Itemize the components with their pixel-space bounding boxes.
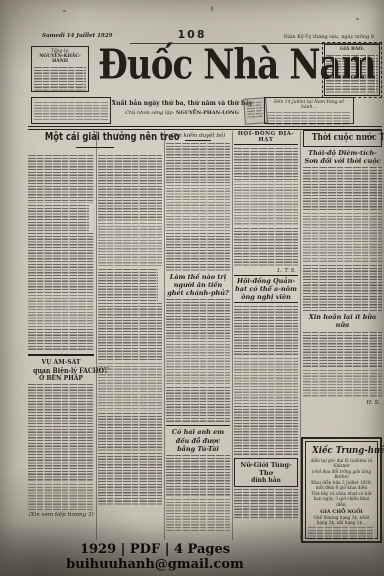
watermark-line-1: 1929 | PDF | 4 Pages bbox=[52, 542, 258, 557]
illegible-text-lines bbox=[28, 426, 94, 482]
illegible-text-lines bbox=[98, 303, 162, 361]
illegible-text-lines bbox=[267, 112, 351, 125]
column-4-section-header: HỘI-ĐỒNG ĐỊA-HẠT bbox=[234, 131, 298, 145]
illegible-text-lines bbox=[234, 184, 298, 226]
column-separator bbox=[164, 131, 165, 540]
continuation-note: (Xin xem tiếp trương 3) bbox=[28, 512, 94, 518]
article-2-subtitle: Thái-độ Diêm-tích-Sơn đối với thời cuộc bbox=[303, 149, 382, 165]
circus-ad-title: Xiềc Trung-huê bbox=[308, 445, 375, 456]
illegible-text-lines bbox=[98, 155, 162, 221]
publish-info: Xuất bản ngày thứ ba, thứ năm và thứ bảy… bbox=[104, 100, 260, 116]
illegible-text-lines bbox=[28, 233, 94, 293]
signature-hs: H. S. bbox=[305, 400, 380, 406]
subhead-box: Hội-đồng Quản-hạt có thể a-nôm ông nghị … bbox=[234, 275, 298, 303]
publish-line: Xuất bản ngày thứ ba, thứ năm và thứ bảy bbox=[104, 100, 260, 107]
nu-gioi-box: Nữ-Giới Tùng-Thơ đính bản bbox=[234, 458, 298, 487]
circus-ad-lines: diễn tại góc đại lộ Galliéni và Khizner … bbox=[308, 458, 375, 507]
scan-speck bbox=[63, 10, 66, 12]
illegible-text-lines bbox=[166, 299, 230, 339]
illegible-text-lines bbox=[98, 269, 158, 301]
founder-box: Tổng-lý: NGUYỄN-KHẮC-HANH bbox=[31, 46, 89, 92]
illegible-text-lines bbox=[98, 363, 162, 411]
subhead-tri-nguoi: Làm thế nào trị người ăn tiền ghét chánh… bbox=[166, 273, 230, 297]
announcement-box: Đến 14 Juillet tại Nam-Vang sẽ hành… bbox=[264, 97, 354, 124]
article-2-headline-box: Thời cuộc nước Tàu bbox=[303, 130, 382, 147]
headline-underline bbox=[76, 147, 114, 148]
censor-note: (Tin kiểm duyệt bỏ) bbox=[166, 133, 230, 139]
illegible-text-lines bbox=[166, 143, 230, 183]
illegible-text-lines bbox=[234, 489, 298, 519]
article-fachot-headline: VỤ ÁM-SÁT quan Biện-lý FACHOT Ở BÊN PHÁP bbox=[28, 359, 94, 382]
illegible-text-lines bbox=[303, 370, 382, 398]
illegible-text-lines bbox=[28, 329, 94, 351]
illegible-text-lines bbox=[303, 265, 382, 311]
column-separator bbox=[232, 131, 233, 540]
illegible-text-lines bbox=[166, 455, 230, 497]
article-1-headline: Một cái giải thưởng nên treo bbox=[28, 131, 162, 143]
illegible-text-lines bbox=[303, 213, 382, 263]
illegible-text-lines bbox=[303, 332, 382, 368]
illegible-text-lines bbox=[98, 453, 162, 505]
illegible-text-lines bbox=[34, 67, 86, 91]
column-5: Thời cuộc nước Tàu Thái-độ Diêm-tích-Sơn… bbox=[303, 130, 382, 407]
illegible-text-lines bbox=[234, 148, 298, 182]
illegible-text-lines bbox=[28, 205, 89, 231]
illegible-text-lines bbox=[28, 155, 94, 203]
subhead-quan-hat: Hội-đồng Quản-hạt có thể a-nôm ông nghị … bbox=[234, 277, 298, 301]
masthead-rule bbox=[28, 126, 382, 127]
column-3: (Tin kiểm duyệt bỏ) Làm thế nào trị ngườ… bbox=[166, 132, 230, 533]
column-2 bbox=[98, 153, 162, 507]
price-box-title: GIÁ BÁO: bbox=[326, 47, 378, 52]
illegible-text-lines bbox=[166, 387, 230, 423]
small-rule bbox=[185, 140, 211, 141]
section-rule bbox=[166, 425, 230, 426]
illegible-text-lines bbox=[326, 55, 378, 93]
illegible-text-lines bbox=[234, 306, 298, 356]
illegible-text-lines bbox=[246, 101, 264, 118]
article-2-headline: Thời cuộc nước Tàu bbox=[312, 133, 384, 143]
illegible-text-lines bbox=[28, 384, 94, 424]
motto-box bbox=[31, 97, 111, 124]
founder-name: NGUYỄN-PHAN-LONG bbox=[176, 110, 239, 116]
illegible-text-lines bbox=[234, 228, 298, 266]
illegible-text-lines bbox=[234, 406, 298, 456]
founder-box-name: NGUYỄN-KHẮC-HANH bbox=[34, 54, 86, 64]
illegible-text-lines bbox=[166, 185, 230, 231]
watermark-line-2: buihuuhanh@gmail.com bbox=[52, 557, 258, 572]
illegible-text-lines bbox=[28, 295, 94, 327]
column-1: VỤ ÁM-SÁT quan Biện-lý FACHOT Ở BÊN PHÁP… bbox=[28, 153, 94, 519]
section-rule bbox=[28, 354, 94, 356]
illegible-text-lines bbox=[303, 167, 382, 211]
column-4: HỘI-ĐỒNG ĐỊA-HẠT L. T. S. Hội-đồng Quản-… bbox=[234, 131, 298, 521]
column-separator bbox=[96, 131, 97, 540]
illegible-text-lines bbox=[28, 484, 94, 510]
masthead-title: Đuốc Nhà Nam bbox=[86, 44, 318, 85]
announcement-first-line: Đến 14 Juillet tại Nam-Vang sẽ hành… bbox=[267, 100, 351, 110]
illegible-text-lines bbox=[98, 413, 162, 451]
illegible-text-lines bbox=[166, 341, 230, 385]
founder-line: Chủ nhơn sáng lập: NGUYỄN-PHAN-LONG bbox=[104, 110, 260, 116]
illegible-text-lines bbox=[34, 102, 108, 121]
signature-lts: L. T. S. bbox=[236, 268, 296, 274]
price-box: GIÁ BÁO: bbox=[322, 42, 382, 98]
scan-speck bbox=[356, 18, 359, 20]
illegible-text-lines bbox=[166, 233, 230, 271]
founder-label: Chủ nhơn sáng lập: bbox=[125, 110, 174, 116]
scan-speck bbox=[211, 6, 213, 11]
subhead-hoan-lai: Xin hoãn lại ít bữa nữa bbox=[303, 313, 382, 329]
pdf-watermark: 1929 | PDF | 4 Pages buihuuhanh@gmail.co… bbox=[52, 542, 258, 572]
illegible-text-lines bbox=[234, 358, 298, 404]
illegible-text-lines bbox=[98, 223, 162, 267]
subhead-tu-tai: Có hai anh em đều đỗ được bằng Tú-Tài bbox=[166, 428, 230, 452]
newspaper-scan-page: Samedi 14 Juillet 1929 108 Năm Kỷ-Tỵ thá… bbox=[0, 0, 384, 576]
